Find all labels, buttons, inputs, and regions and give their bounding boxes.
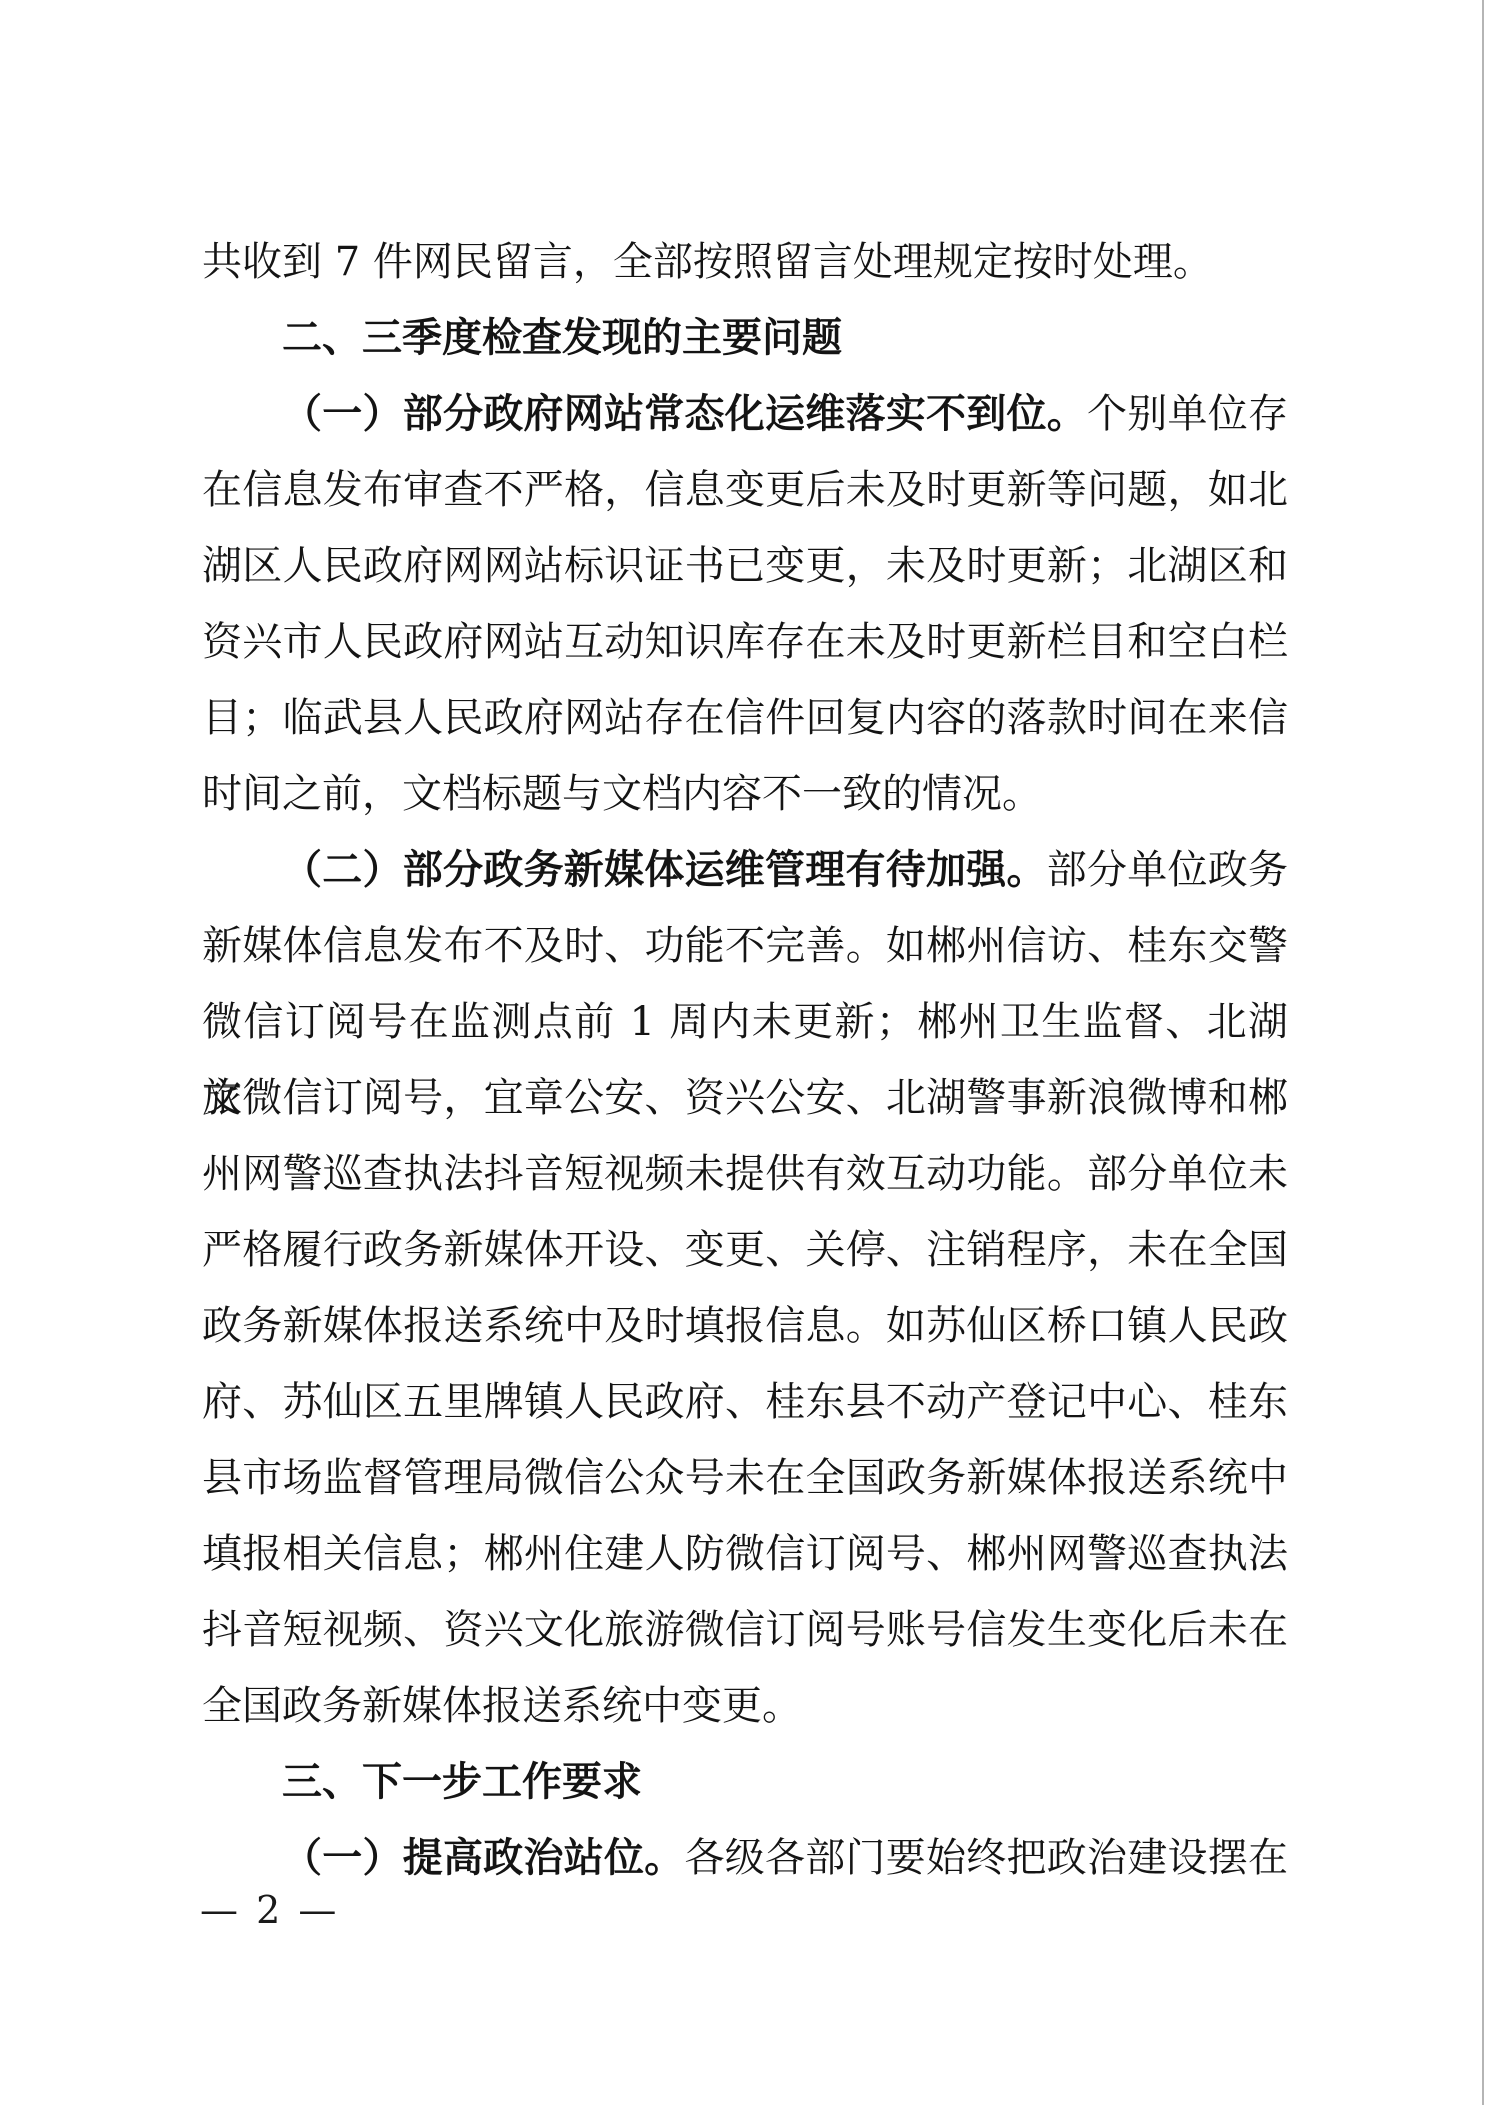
text-run: 新媒体信息发布不及时、功能不完善。如郴州信访、桂东交警: [202, 923, 1288, 969]
text-run: 抖音短视频、资兴文化旅游微信订阅号账号信发生变化后未在: [202, 1607, 1288, 1653]
text-run: 全国政务新媒体报送系统中变更。: [202, 1683, 802, 1729]
body-line: （一）提高政治站位。各级各部门要始终把政治建设摆在: [202, 1820, 1288, 1896]
body-line: 全国政务新媒体报送系统中变更。: [202, 1668, 1288, 1744]
section-heading: 二、三季度检查发现的主要问题: [202, 300, 1288, 376]
body-line: 州网警巡查执法抖音短视频未提供有效互动功能。部分单位未: [202, 1136, 1288, 1212]
body-line: 时间之前，文档标题与文档内容不一致的情况。: [202, 756, 1288, 832]
text-run: 填报相关信息；郴州住建人防微信订阅号、郴州网警巡查执法: [202, 1531, 1288, 1577]
text-run: 湖区人民政府网网站标识证书已变更，未及时更新；北湖区和: [202, 543, 1288, 589]
text-run: 时间之前，文档标题与文档内容不一致的情况。: [202, 771, 1042, 817]
body-line: 县市场监督管理局微信公众号未在全国政务新媒体报送系统中: [202, 1440, 1288, 1516]
emphasis-run: 三、下一步工作要求: [282, 1759, 642, 1805]
document-page: 共收到 7 件网民留言，全部按照留言处理规定按时处理。二、三季度检查发现的主要问…: [0, 0, 1488, 2105]
body-line: （二）部分政务新媒体运维管理有待加强。部分单位政务: [202, 832, 1288, 908]
body-line: 旅微信订阅号，宜章公安、资兴公安、北湖警事新浪微博和郴: [202, 1060, 1288, 1136]
body-line: 资兴市人民政府网站互动知识库存在未及时更新栏目和空白栏: [202, 604, 1288, 680]
text-run: 县市场监督管理局微信公众号未在全国政务新媒体报送系统中: [202, 1455, 1288, 1501]
text-run: 州网警巡查执法抖音短视频未提供有效互动功能。部分单位未: [202, 1151, 1288, 1197]
body-line: 严格履行政务新媒体开设、变更、关停、注销程序，未在全国: [202, 1212, 1288, 1288]
text-run: 资兴市人民政府网站互动知识库存在未及时更新栏目和空白栏: [202, 619, 1288, 665]
emphasis-run: （一）部分政府网站常态化运维落实不到位。: [282, 390, 1087, 437]
body-line: 目；临武县人民政府网站存在信件回复内容的落款时间在来信: [202, 680, 1288, 756]
body-line: 政务新媒体报送系统中及时填报信息。如苏仙区桥口镇人民政: [202, 1288, 1288, 1364]
body-line: （一）部分政府网站常态化运维落实不到位。个别单位存: [202, 376, 1288, 452]
text-run: 共收到 7 件网民留言，全部按照留言处理规定按时处理。: [202, 239, 1213, 285]
document-body: 共收到 7 件网民留言，全部按照留言处理规定按时处理。二、三季度检查发现的主要问…: [202, 224, 1288, 1896]
body-line: 在信息发布审查不严格，信息变更后未及时更新等问题，如北: [202, 452, 1288, 528]
body-line: 湖区人民政府网网站标识证书已变更，未及时更新；北湖区和: [202, 528, 1288, 604]
page-edge-line: [1482, 0, 1484, 2105]
emphasis-run: 二、三季度检查发现的主要问题: [282, 315, 842, 361]
text-run: 府、苏仙区五里牌镇人民政府、桂东县不动产登记中心、桂东: [202, 1379, 1288, 1425]
body-line: 府、苏仙区五里牌镇人民政府、桂东县不动产登记中心、桂东: [202, 1364, 1288, 1440]
text-run: 部分单位政务: [1047, 847, 1288, 893]
text-run: 各级各部门要始终把政治建设摆在: [685, 1835, 1289, 1881]
body-line: 共收到 7 件网民留言，全部按照留言处理规定按时处理。: [202, 224, 1288, 300]
body-line: 抖音短视频、资兴文化旅游微信订阅号账号信发生变化后未在: [202, 1592, 1288, 1668]
text-run: 目；临武县人民政府网站存在信件回复内容的落款时间在来信: [202, 695, 1288, 741]
body-line: 微信订阅号在监测点前 1 周内未更新；郴州卫生监督、北湖文: [202, 984, 1288, 1060]
text-run: 个别单位存: [1087, 391, 1288, 437]
body-line: 新媒体信息发布不及时、功能不完善。如郴州信访、桂东交警: [202, 908, 1288, 984]
emphasis-run: （二）部分政务新媒体运维管理有待加强。: [282, 846, 1047, 893]
body-line: 填报相关信息；郴州住建人防微信订阅号、郴州网警巡查执法: [202, 1516, 1288, 1592]
text-run: 在信息发布审查不严格，信息变更后未及时更新等问题，如北: [202, 467, 1288, 513]
text-run: 严格履行政务新媒体开设、变更、关停、注销程序，未在全国: [202, 1227, 1288, 1273]
text-run: 政务新媒体报送系统中及时填报信息。如苏仙区桥口镇人民政: [202, 1303, 1288, 1349]
section-heading: 三、下一步工作要求: [202, 1744, 1288, 1820]
emphasis-run: （一）提高政治站位。: [282, 1834, 685, 1881]
page-number: — 2 —: [200, 1884, 339, 1936]
text-run: 旅微信订阅号，宜章公安、资兴公安、北湖警事新浪微博和郴: [202, 1075, 1288, 1121]
